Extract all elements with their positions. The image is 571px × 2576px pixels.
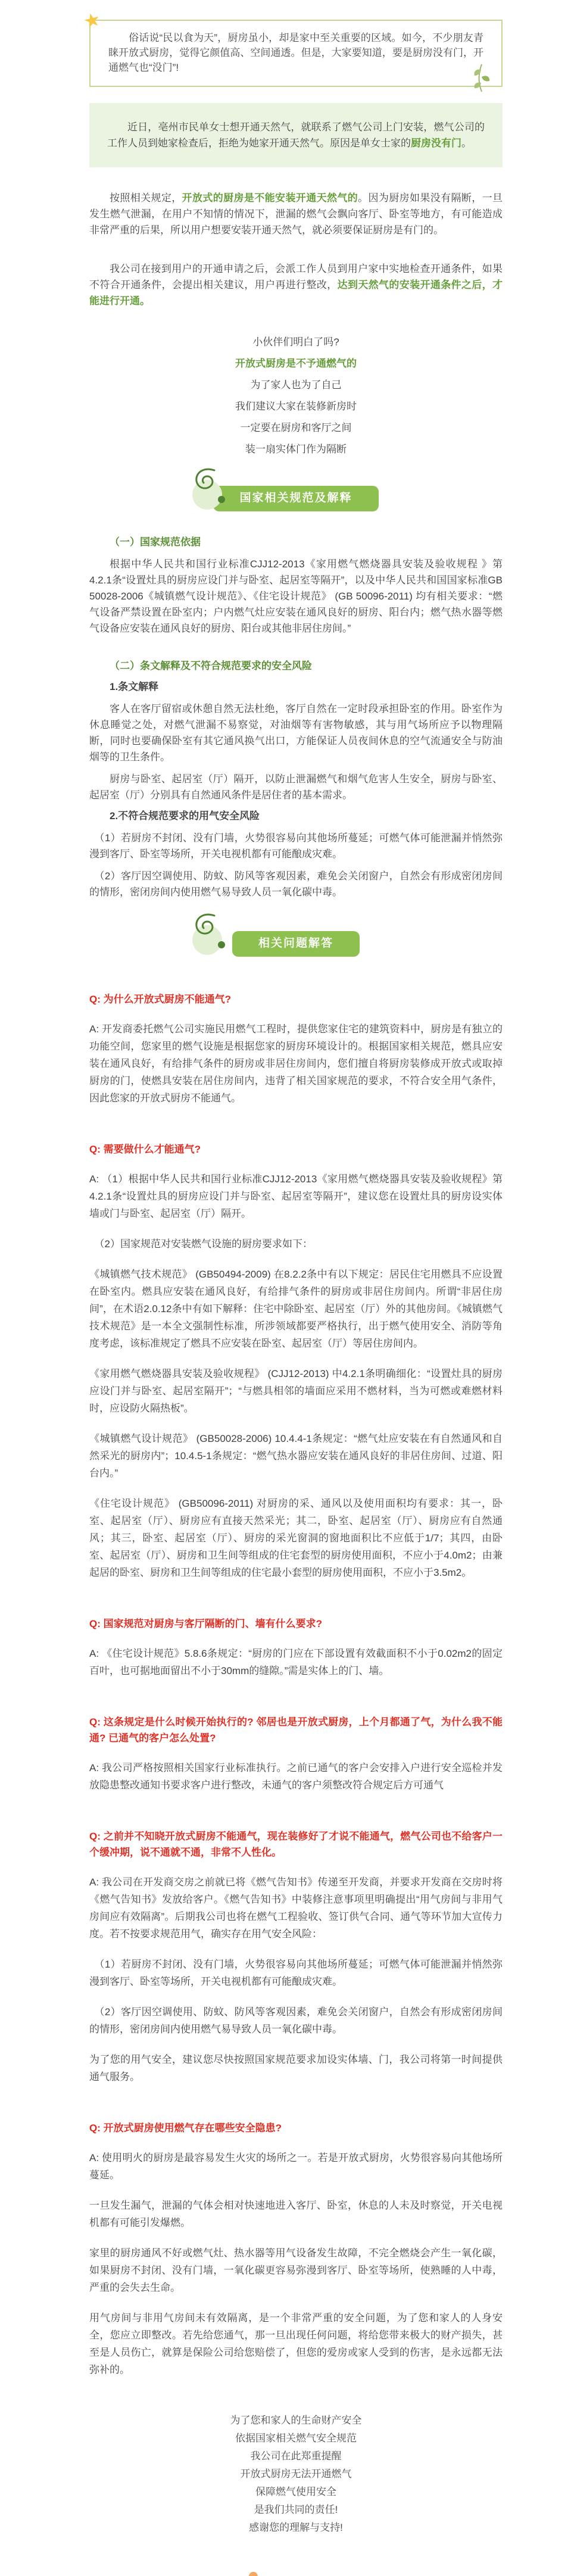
answer-paragraph: （1）若厨房不封闭、没有门墙，火势很容易向其他场所蔓延；可燃气体可能泄漏并悄然弥… [89,1956,503,1990]
answer-paragraph: A: 开发商委托燃气公司实施民用燃气工程时，提供您家住宅的建筑资料中，厨房是有独… [89,1020,503,1107]
section-badge-row: 国家相关规范及解释 [89,486,503,511]
answer-paragraph: A: 《住宅设计规范》5.8.6条规定：“厨房的门应在下部设置有效截面积不小于0… [89,1645,503,1679]
question-text: Q: 开放式厨房使用燃气存在哪些安全隐患? [89,2120,503,2136]
answer-paragraph: A: （1）根据中华人民共和国行业标准CJJ12-2013《家用燃气燃烧器具安装… [89,1170,503,1222]
closing-line: 感谢您的理解与支持! [89,2522,503,2533]
qa-block: Q: 国家规范对厨房与客厅隔断的门、墙有什么要求? A: 《住宅设计规范》5.8… [89,1616,503,1679]
news-paragraph: 近日，亳州市民单女士想开通天然气，就联系了燃气公司上门安装，燃气公司的工作人员到… [107,119,485,151]
rule-text: 按照相关规定， [110,192,182,204]
section-badge-regulations: 国家相关规范及解释 [213,486,378,511]
intro-quote-text: 俗话说“民以食为天”，厨房虽小，却是家中至关重要的区域。如今，不少朋友青睐开放式… [108,30,483,75]
star-icon: ★ [82,9,103,32]
qa-block: Q: 之前并不知晓开放式厨房不能通气，现在装修好了才说不能通气，燃气公司也不给客… [89,1828,503,2085]
regulations-paragraph: 根据中华人民共和国行业标准CJJ12-2013《家用燃气燃烧器具安装及验收规程 … [89,556,503,636]
regulations-heading-1: （一）国家规范依据 [89,534,503,550]
advice-block: 小伙伴们明白了吗? 开放式厨房是不予通燃气的 为了家人也为了自己 我们建议大家在… [89,336,503,455]
closing-line: 依据国家相关燃气安全规范 [89,2433,503,2443]
closing-line: 是我们共同的责任! [89,2505,503,2515]
answer-paragraph: A: 我公司在开发商交房之前就已将《燃气告知书》传递至开发商，并要求开发商在交房… [89,1874,503,1943]
closing-line: 我公司在此郑重提醒 [89,2451,503,2461]
qa-block: Q: 为什么开放式厨房不能通气? A: 开发商委托燃气公司实施民用燃气工程时，提… [89,991,503,1107]
section-badge-qa: 相关问题解答 [232,931,360,957]
news-highlight-box: 近日，亳州市民单女士想开通天然气，就联系了燃气公司上门安装，燃气公司的工作人员到… [89,103,503,167]
rule-highlight-text: 开放式的厨房是不能安装开通天然气的 [182,192,358,204]
answer-paragraph: 家里的厨房通风不好或燃气灶、热水器等用气设备发生故障，不完全燃烧会产生一氧化碳，… [89,2244,503,2296]
answer-paragraph: 为了您的用气安全，建议您尽快按照国家规范要求加设实体墙、门，我公司将第一时间提供… [89,2051,503,2085]
question-text: Q: 之前并不知晓开放式厨房不能通气，现在装修好了才说不能通气，燃气公司也不给客… [89,1828,503,1860]
regulations-paragraph: 厨房与卧室、起居室（厅）隔开，以防止泄漏燃气和烟气危害人生安全，厨房与卧室、起居… [89,771,503,803]
advice-line: 我们建议大家在装修新房时 [89,401,503,412]
regulations-paragraph: 客人在客厅留宿或休憩自然无法杜绝，客厅自然在一定时段承担卧室的作用。卧室作为休息… [89,701,503,765]
answer-paragraph: 一旦发生漏气，泄漏的气体会相对快速地进入客厅、卧室，休息的人未及时察觉，开关电视… [89,2197,503,2231]
advice-line: 装一扇实体门作为隔断 [89,444,503,455]
advice-line-highlight: 开放式厨房是不予通燃气的 [89,358,503,369]
answer-paragraph: 《住宅设计规范》 (GB50096-2011) 对厨房的采、通风以及使用面积均有… [89,1495,503,1581]
news-text-end: 。 [461,138,472,149]
qa-block: Q: 需要做什么才能通气? A: （1）根据中华人民共和国行业标准CJJ12-2… [89,1141,503,1581]
regulations-paragraph: （1）若厨房不封闭、没有门墙，火势很容易向其他场所蔓延；可燃气体可能泄漏并悄然弥… [89,830,503,862]
regulations-subheading: 1.条文解释 [89,679,503,695]
answer-paragraph: （2）客厅因空调使用、防蚊、防风等客观因素，难免会关闭窗户，自然会有形成密闭房间… [89,2003,503,2038]
closing-line: 保障燃气使用安全 [89,2487,503,2497]
answer-paragraph: A: 使用明火的厨房是最容易发生火灾的场所之一。若是开放式厨房，火势很容易向其他… [89,2149,503,2184]
closing-line: 开放式厨房无法开通燃气 [89,2469,503,2479]
intro-quote-box: ★ 俗话说“民以食为天”，厨房虽小，却是家中至关重要的区域。如今，不少朋友青睐开… [89,20,503,87]
news-highlight-text: 厨房没有门 [411,138,461,149]
question-text: Q: 这条规定是什么时候开始执行的? 邻居也是开放式厨房，上个月都通了气，为什么… [89,1714,503,1746]
qa-block: Q: 这条规定是什么时候开始执行的? 邻居也是开放式厨房，上个月都通了气，为什么… [89,1714,503,1794]
advice-line: 一定要在厨房和客厅之间 [89,422,503,433]
answer-paragraph: （2）国家规范对安装燃气设施的厨房要求如下： [89,1235,503,1253]
regulations-section: （一）国家规范依据 根据中华人民共和国行业标准CJJ12-2013《家用燃气燃烧… [89,534,503,900]
advice-line: 为了家人也为了自己 [89,379,503,391]
company-paragraph: 我公司在接到用户的开通申请之后，会派工作人员到用户家中实地检查开通条件，如果不符… [89,261,503,309]
qa-block: Q: 开放式厨房使用燃气存在哪些安全隐患? A: 使用明火的厨房是最容易发生火灾… [89,2120,503,2378]
closing-line: 为了您和家人的生命财产安全 [89,2415,503,2425]
question-text: Q: 为什么开放式厨房不能通气? [89,991,503,1007]
article-page: ★ 俗话说“民以食为天”，厨房虽小，却是家中至关重要的区域。如今，不少朋友青睐开… [0,0,571,2576]
rule-paragraph: 按照相关规定，开放式的厨房是不能安装开通天然气的。因为厨房如果没有隔断，一旦发生… [89,190,503,238]
answer-paragraph: 用气房间与非用气房间未有效隔离，是一个非常严重的安全问题，为了您和家人的人身安全… [89,2309,503,2378]
question-text: Q: 国家规范对厨房与客厅隔断的门、墙有什么要求? [89,1616,503,1632]
regulations-paragraph: （2）客厅因空调使用、防蚊、防风等客观因素，难免会关闭窗户，自然会有形成密闭房间… [89,868,503,900]
regulations-subheading: 2.不符合规范要求的用气安全风险 [89,808,503,824]
emoji-fragment-dot [249,2572,258,2576]
closing-block: 为了您和家人的生命财产安全 依据国家相关燃气安全规范 我公司在此郑重提醒 开放式… [89,2415,503,2533]
regulations-heading-2: （二）条文解释及不符合规范要求的安全风险 [89,658,503,674]
question-text: Q: 需要做什么才能通气? [89,1141,503,1157]
advice-line: 小伙伴们明白了吗? [89,336,503,348]
curl-doodle-icon [188,912,238,958]
article-content: ★ 俗话说“民以食为天”，厨房虽小，却是家中至关重要的区域。如今，不少朋友青睐开… [89,0,503,2533]
leaf-icon [470,63,493,93]
answer-paragraph: 《城镇燃气技术规范》 (GB50494-2009) 在8.2.2条中有以下规定：… [89,1266,503,1352]
answer-paragraph: 《家用燃气燃烧器具安装及验收规程》 (CJJ12-2013) 中4.2.1条明确… [89,1365,503,1417]
section-badge-row: 相关问题解答 [89,931,503,957]
answer-paragraph: A: 我公司严格按照相关国家行业标准执行。之前已通气的客户会安排入户进行安全巡检… [89,1759,503,1794]
answer-paragraph: 《城镇燃气设计规范》 (GB50028-2006) 10.4.4-1条规定：“燃… [89,1430,503,1482]
